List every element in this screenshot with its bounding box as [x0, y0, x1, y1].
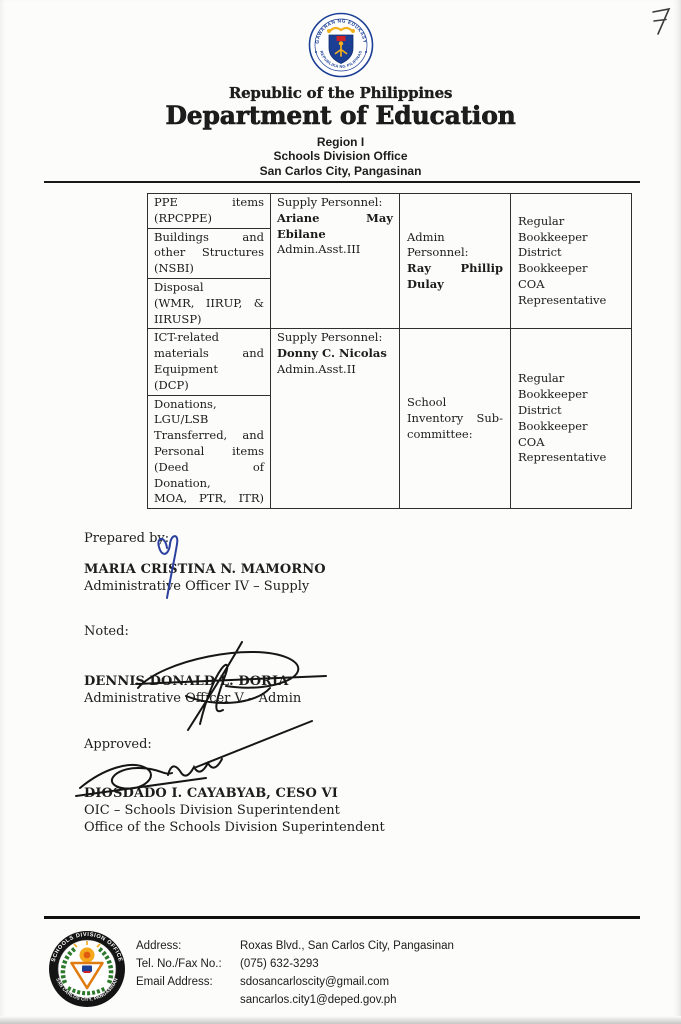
signatory-title: Administrative Officer IV – Supply	[84, 578, 326, 595]
signature-lead: Noted:	[84, 624, 301, 640]
signatory-name: MARIA CRISTINA N. MAMORNO	[84, 562, 326, 578]
letterhead: KAGAWARAN NG EDUKASYON REPUBLIKA NG PILI…	[0, 12, 681, 178]
footer-rule	[44, 916, 640, 919]
sdo-san-carlos-seal-icon: SCHOOLS DIVISION OFFICE SAN CARLOS CITY,…	[48, 930, 126, 1008]
header-region: Region I	[0, 135, 681, 150]
footer-address: Roxas Blvd., San Carlos City, Pangasinan	[240, 937, 454, 955]
committee-member: Regular Bookkeeper	[518, 214, 615, 246]
signatory-title: Administrative Officer V – Admin	[84, 690, 301, 707]
personnel-label: School Inventory Sub-committee:	[407, 395, 503, 442]
school-inventory-cell: School Inventory Sub-committee:	[400, 329, 511, 509]
personnel-label: Admin Personnel:	[407, 230, 503, 262]
scanned-document-page: KAGAWARAN NG EDUKASYON REPUBLIKA NG PILI…	[0, 0, 681, 1024]
footer-label: Address:	[136, 937, 224, 955]
item-cell-buildings: Buildings and other Structures (NSBI)	[148, 228, 271, 278]
footer-email-1: sdosancarloscity@gmail.com	[240, 973, 454, 991]
footer-label: Tel. No./Fax No.:	[136, 955, 224, 973]
committee-member: COA Representative	[518, 277, 615, 309]
item-cell-ppe: PPE items (RPCPPE)	[148, 194, 271, 229]
committee-cell-2: Regular Bookkeeper District Bookkeeper C…	[511, 329, 632, 509]
deped-seal-icon: KAGAWARAN NG EDUKASYON REPUBLIKA NG PILI…	[308, 12, 374, 78]
supply-label: Supply Personnel:	[277, 330, 393, 346]
header-office: Schools Division Office	[0, 149, 681, 164]
item-cell-donations: Donations, LGU/LSB Transferred, and Pers…	[148, 395, 271, 509]
committee-member: Regular Bookkeeper	[518, 371, 615, 403]
supply-name: Ariane May Ebilane	[277, 211, 393, 243]
supply-name: Donny C. Nicolas	[277, 346, 393, 362]
committee-member: District Bookkeeper	[518, 403, 615, 435]
inventory-assignment-table: PPE items (RPCPPE) Supply Personnel: Ari…	[147, 193, 632, 509]
supply-label: Supply Personnel:	[277, 195, 393, 211]
signature-lead: Approved:	[84, 737, 385, 753]
signatory-title: OIC – Schools Division Superintendent	[84, 802, 385, 819]
signatory-name: DIOSDADO I. CAYABYAB, CESO VI	[84, 786, 385, 802]
signature-lead: Prepared by:	[84, 531, 326, 547]
supply-personnel-cell-1: Supply Personnel: Ariane May Ebilane Adm…	[271, 194, 400, 329]
header-republic: Republic of the Philippines	[0, 85, 681, 102]
footer-telfax: (075) 632-3293	[240, 955, 454, 973]
committee-cell-1: Regular Bookkeeper District Bookkeeper C…	[511, 194, 632, 329]
signatory-name: DENNIS DONALD L. DORIA	[84, 674, 301, 690]
signature-block-prepared: Prepared by: MARIA CRISTINA N. MAMORNO A…	[84, 531, 326, 595]
personnel-name: Ray Phillip Dulay	[407, 261, 503, 293]
footer: SCHOOLS DIVISION OFFICE SAN CARLOS CITY,…	[48, 930, 454, 1009]
header-rule	[44, 181, 640, 183]
item-cell-ict: ICT-related materials and Equipment (DCP…	[148, 329, 271, 395]
committee-member: District Bookkeeper	[518, 245, 615, 277]
signature-block-approved: Approved: DIOSDADO I. CAYABYAB, CESO VI …	[84, 737, 385, 836]
header-city: San Carlos City, Pangasinan	[0, 164, 681, 179]
signature-block-noted: Noted: DENNIS DONALD L. DORIA Administra…	[84, 624, 301, 707]
item-cell-disposal: Disposal (WMR, IIRUP, & IIRUSP)	[148, 278, 271, 328]
footer-label: Email Address:	[136, 973, 224, 991]
supply-title: Admin.Asst.II	[277, 362, 393, 378]
header-department: Department of Education	[0, 102, 681, 130]
supply-personnel-cell-2: Supply Personnel: Donny C. Nicolas Admin…	[271, 329, 400, 509]
admin-personnel-cell: Admin Personnel: Ray Phillip Dulay	[400, 194, 511, 329]
footer-email-2: sancarlos.city1@deped.gov.ph	[240, 991, 454, 1009]
supply-title: Admin.Asst.III	[277, 242, 393, 258]
footer-label-empty	[136, 991, 224, 1009]
footer-contact-grid: Address: Roxas Blvd., San Carlos City, P…	[136, 937, 454, 1009]
signatory-office: Office of the Schools Division Superinte…	[84, 819, 385, 836]
committee-member: COA Representative	[518, 435, 615, 467]
